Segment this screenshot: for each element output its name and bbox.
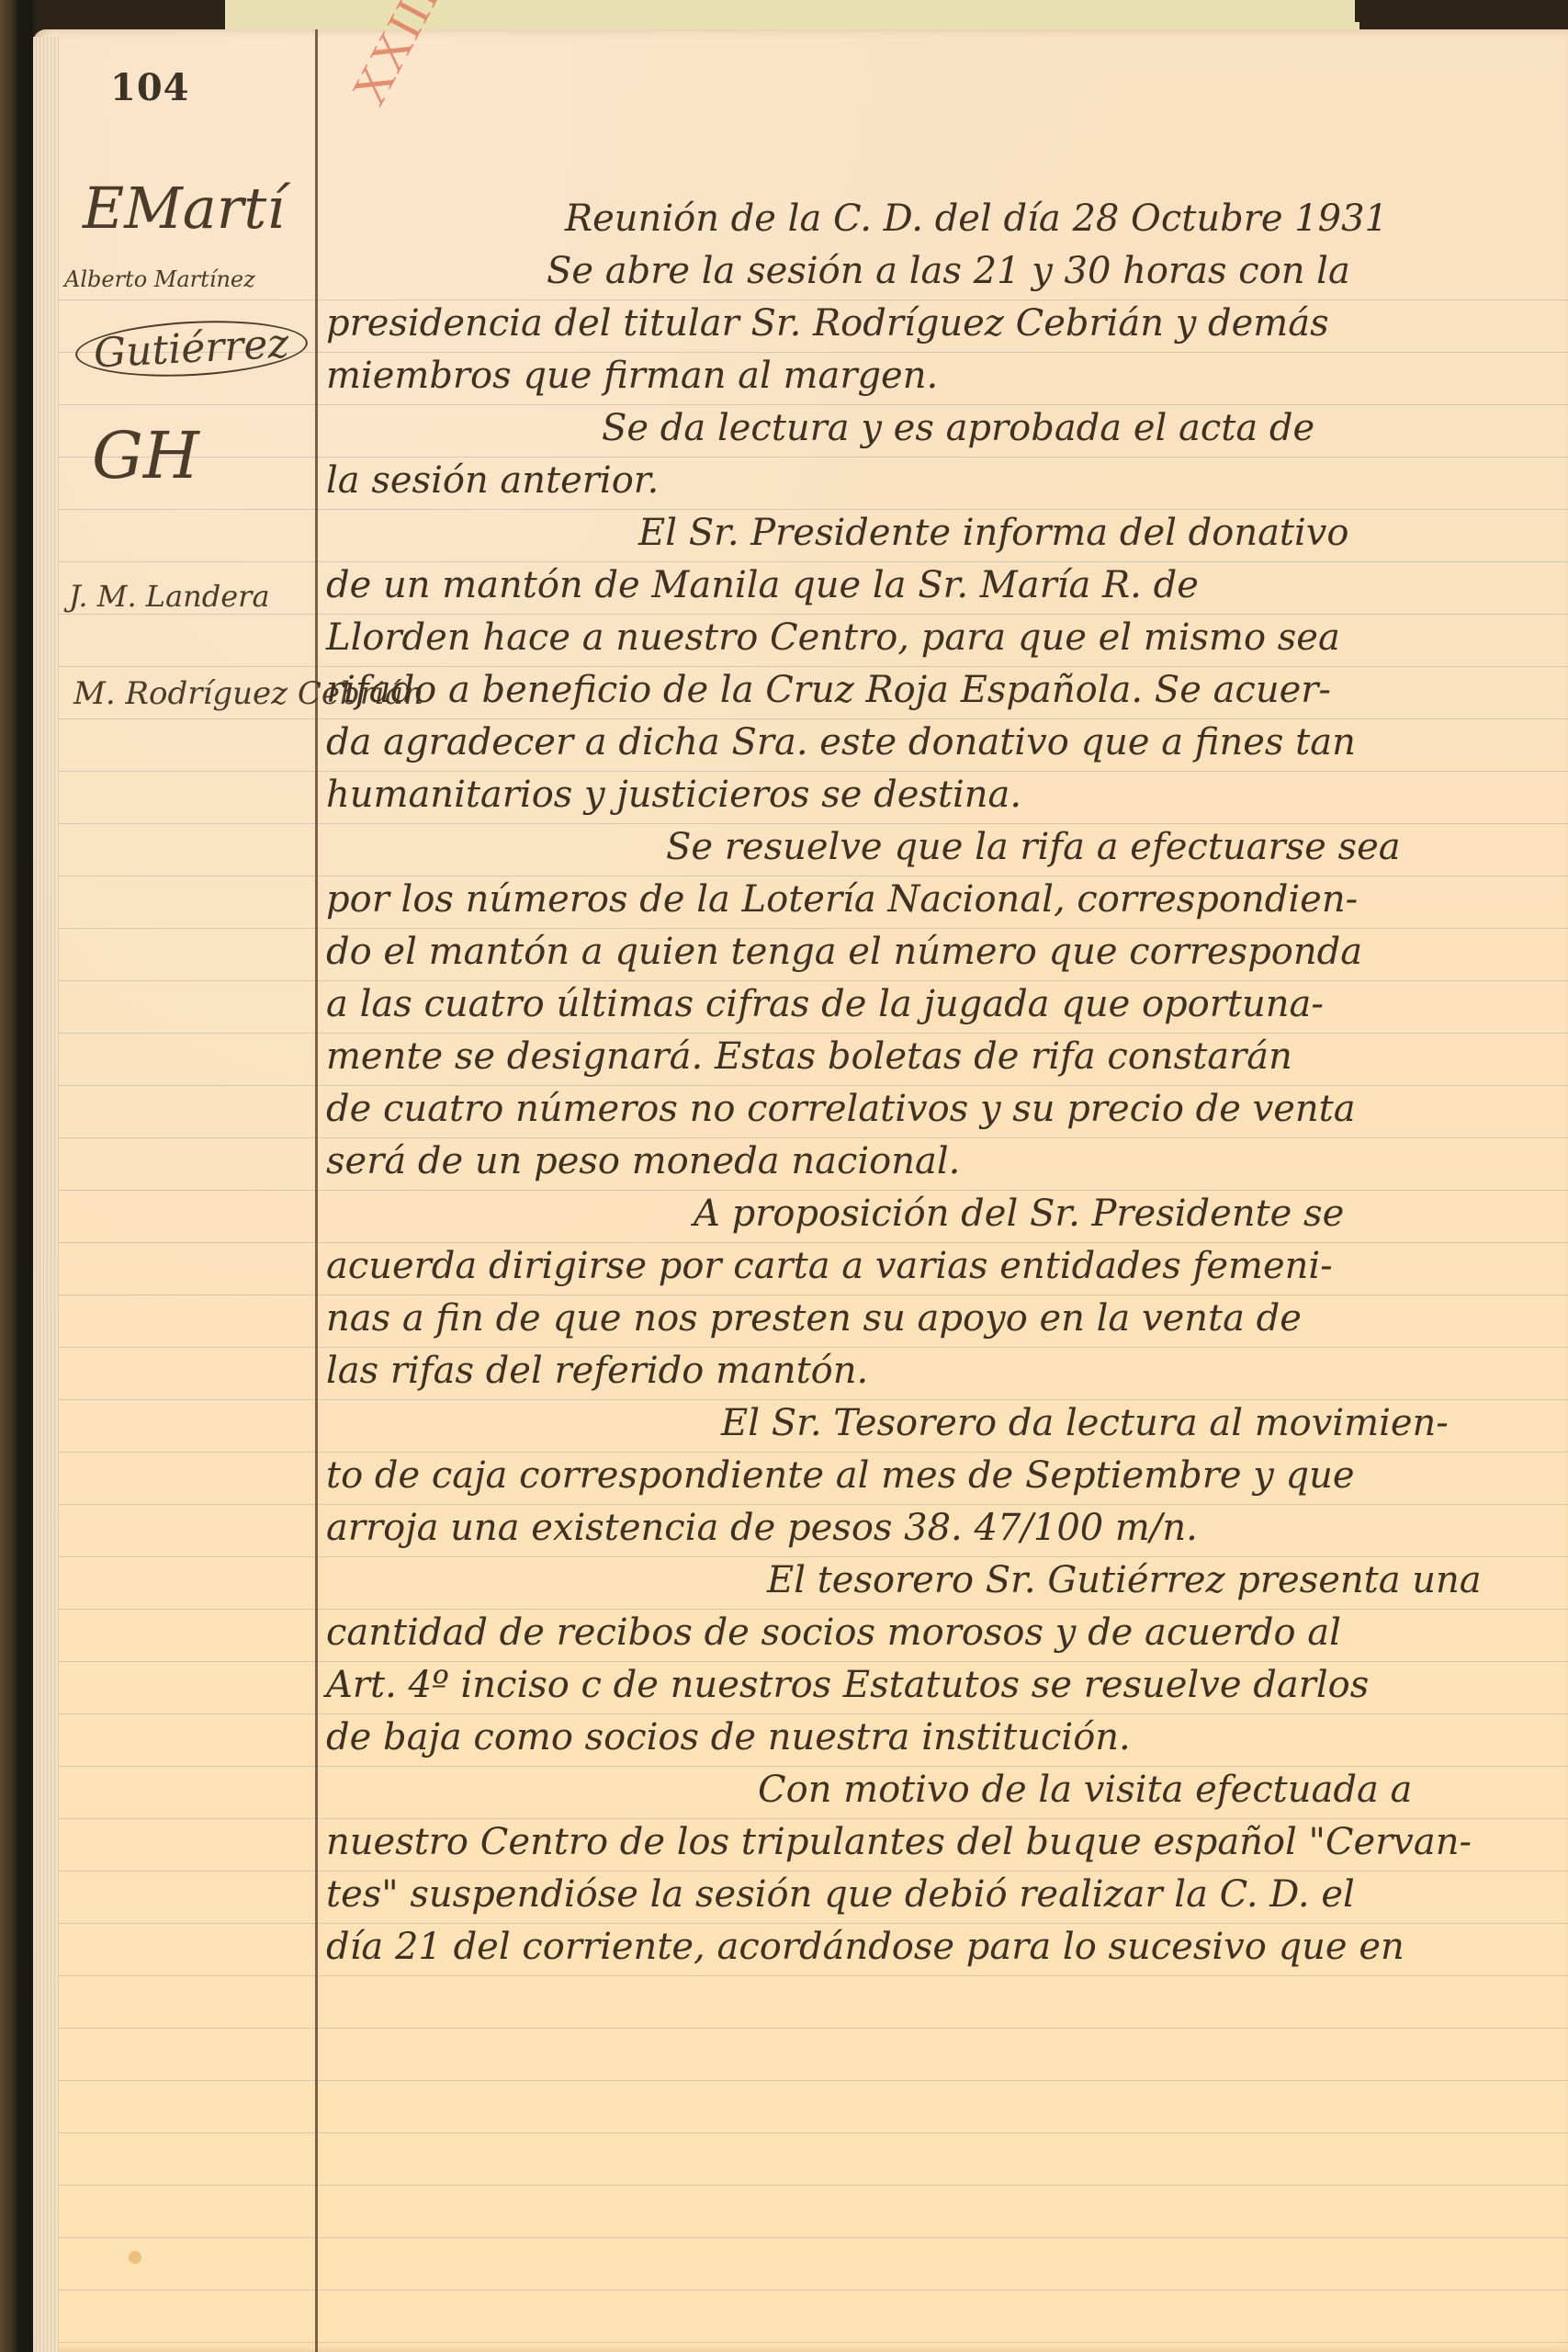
text-line: será de un peso moneda nacional. xyxy=(326,1136,960,1188)
text-line: la sesión anterior. xyxy=(326,455,659,507)
text-line: por los números de la Lotería Nacional, … xyxy=(326,874,1358,926)
text-line: de cuatro números no correlativos y su p… xyxy=(326,1083,1356,1136)
text-line: El Sr. Tesorero da lectura al movimien- xyxy=(721,1397,1449,1450)
text-line: nas a fin de que nos presten su apoyo en… xyxy=(326,1293,1302,1345)
text-line: Art. 4º inciso c de nuestros Estatutos s… xyxy=(326,1659,1369,1712)
text-line: El tesorero Sr. Gutiérrez presenta una xyxy=(767,1555,1482,1607)
text-line: de baja como socios de nuestra instituci… xyxy=(326,1712,1131,1764)
margin-rule xyxy=(315,29,318,2352)
paper-stain xyxy=(129,2251,141,2264)
text-line: da agradecer a dicha Sra. este donativo … xyxy=(326,717,1356,769)
signature: EMartí xyxy=(83,175,285,242)
text-line: día 21 del corriente, acordándose para l… xyxy=(326,1921,1404,1973)
text-line: Llorden hace a nuestro Centro, para que … xyxy=(326,612,1340,664)
text-line: Se da lectura y es aprobada el acta de xyxy=(602,402,1314,455)
signature: GH xyxy=(92,418,199,493)
text-line: rifado a beneficio de la Cruz Roja Españ… xyxy=(326,664,1331,717)
text-line: tes" suspendióse la sesión que debió rea… xyxy=(326,1869,1355,1921)
text-line: El Sr. Presidente informa del donativo xyxy=(638,507,1348,560)
text-line: acuerda dirigirse por carta a varias ent… xyxy=(326,1240,1333,1293)
text-line: presidencia del titular Sr. Rodríguez Ce… xyxy=(326,298,1329,350)
text-line: Se abre la sesión a las 21 y 30 horas co… xyxy=(547,245,1350,298)
page-number: 104 xyxy=(110,66,190,109)
signature: J. M. Landera xyxy=(69,579,270,614)
text-line: arroja una existencia de pesos 38. 47/10… xyxy=(326,1502,1198,1555)
text-line: de un mantón de Manila que la Sr. María … xyxy=(326,560,1199,612)
text-line: Con motivo de la visita efectuada a xyxy=(758,1764,1412,1816)
text-line: nuestro Centro de los tripulantes del bu… xyxy=(326,1816,1472,1869)
text-line: do el mantón a quien tenga el número que… xyxy=(326,926,1362,978)
text-line: Se resuelve que la rifa a efectuarse sea xyxy=(666,821,1401,874)
cover-corner xyxy=(1355,0,1568,22)
text-line: cantidad de recibos de socios morosos y … xyxy=(326,1607,1341,1659)
text-line: humanitarios y justicieros se destina. xyxy=(326,769,1021,821)
text-line: miembros que firman al margen. xyxy=(326,350,938,402)
text-line: a las cuatro últimas cifras de la jugada… xyxy=(326,978,1324,1031)
text-line: mente se designará. Estas boletas de rif… xyxy=(326,1031,1292,1083)
text-line: A proposición del Sr. Presidente se xyxy=(694,1188,1344,1240)
text-line: to de caja correspondiente al mes de Sep… xyxy=(326,1450,1355,1502)
page-edges xyxy=(33,37,59,2352)
text-line: las rifas del referido mantón. xyxy=(326,1345,868,1397)
signature: Alberto Martínez xyxy=(64,266,255,292)
minutes-title: Reunión de la C. D. del día 28 Octubre 1… xyxy=(565,193,1388,245)
